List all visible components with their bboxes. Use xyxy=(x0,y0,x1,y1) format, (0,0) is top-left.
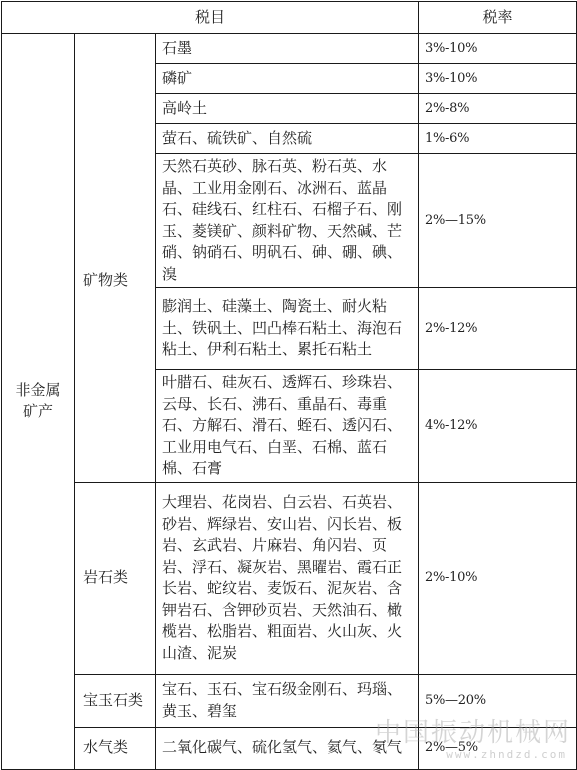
rate-cell: 2%—15% xyxy=(419,154,577,288)
rate-cell: 2%-10% xyxy=(419,482,577,674)
rate-cell: 3%-10% xyxy=(419,34,577,64)
items-cell: 高岭土 xyxy=(156,94,419,124)
rate-cell: 4%-12% xyxy=(419,370,577,483)
table-row: 岩石类 大理岩、花岗岩、白云岩、石英岩、砂岩、辉绿岩、安山岩、闪长岩、板岩、玄武… xyxy=(2,482,577,674)
category-cell: 非金属矿产 xyxy=(2,34,75,768)
table-row: 水气类 二氧化碳气、硫化氢气、氦气、氡气 2%—5% xyxy=(2,727,577,767)
header-row: 税目 税率 xyxy=(2,2,577,34)
group-mineral: 矿物类 xyxy=(75,34,156,483)
rate-cell: 3%-10% xyxy=(419,64,577,94)
items-cell: 膨润土、硅藻土、陶瓷土、耐火粘土、铁矾土、凹凸棒石粘土、海泡石粘土、伊利石粘土、… xyxy=(156,288,419,370)
items-cell: 石墨 xyxy=(156,34,419,64)
header-rate: 税率 xyxy=(419,2,577,34)
rate-cell: 2%-8% xyxy=(419,94,577,124)
group-water-gas: 水气类 xyxy=(75,727,156,767)
rate-cell: 2%-12% xyxy=(419,288,577,370)
group-gemstone: 宝玉石类 xyxy=(75,674,156,727)
group-rock: 岩石类 xyxy=(75,482,156,674)
items-cell: 萤石、硫铁矿、自然硫 xyxy=(156,124,419,154)
items-cell: 二氧化碳气、硫化氢气、氦气、氡气 xyxy=(156,727,419,767)
tax-rate-table: 税目 税率 非金属矿产 矿物类 石墨 3%-10% 磷矿 3%-10% 高岭土 … xyxy=(1,1,577,767)
items-cell: 大理岩、花岗岩、白云岩、石英岩、砂岩、辉绿岩、安山岩、闪长岩、板岩、玄武岩、片麻… xyxy=(156,482,419,674)
table-row: 宝玉石类 宝石、玉石、宝石级金刚石、玛瑙、黄玉、碧玺 5%—20% xyxy=(2,674,577,727)
rate-cell: 5%—20% xyxy=(419,674,577,727)
items-cell: 天然石英砂、脉石英、粉石英、水晶、工业用金刚石、冰洲石、蓝晶石、硅线石、红柱石、… xyxy=(156,154,419,288)
items-cell: 叶腊石、硅灰石、透辉石、珍珠岩、云母、长石、沸石、重晶石、毒重石、方解石、滑石、… xyxy=(156,370,419,483)
rate-cell: 2%—5% xyxy=(419,727,577,767)
table-row: 非金属矿产 矿物类 石墨 3%-10% xyxy=(2,34,577,64)
items-cell: 磷矿 xyxy=(156,64,419,94)
items-cell: 宝石、玉石、宝石级金刚石、玛瑙、黄玉、碧玺 xyxy=(156,674,419,727)
rate-cell: 1%-6% xyxy=(419,124,577,154)
header-item: 税目 xyxy=(2,2,419,34)
